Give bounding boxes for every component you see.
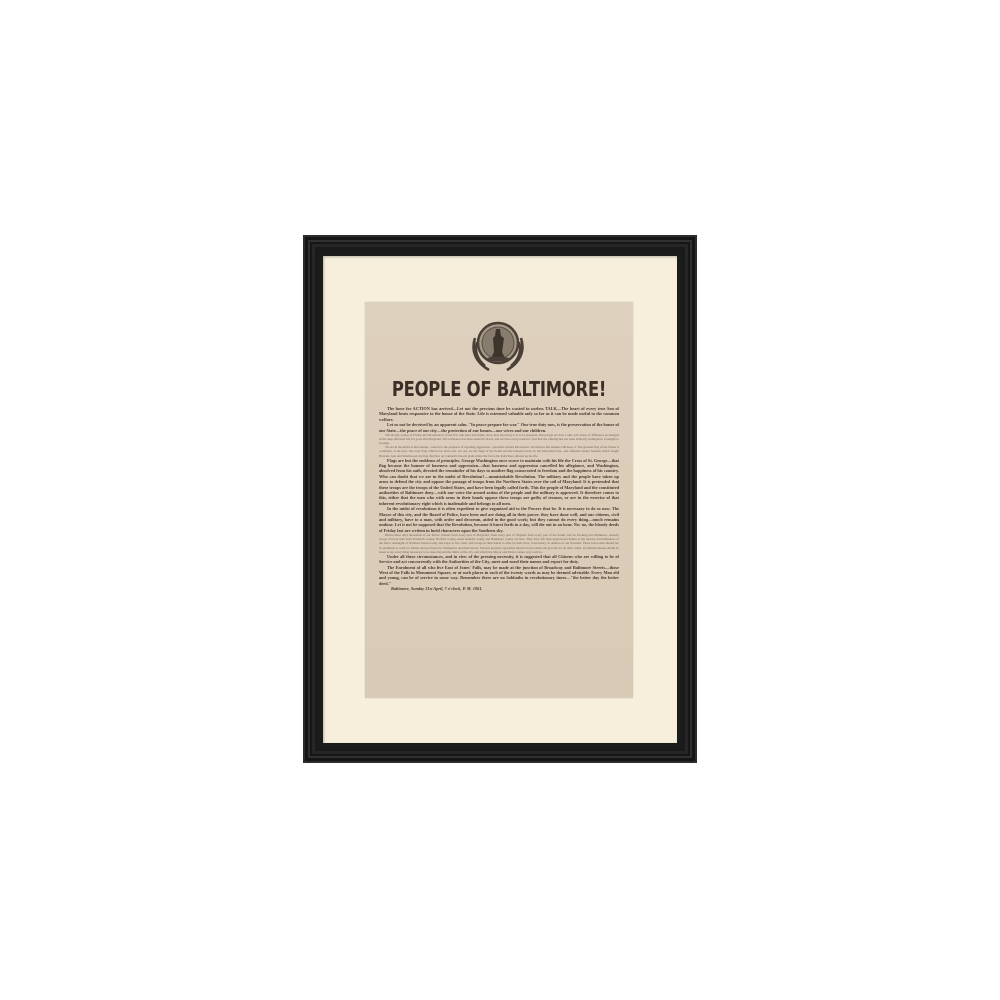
paragraph-small: We are in the midst of Revolution—union … — [379, 445, 619, 457]
paragraph: Let us not be deceived by an apparent ca… — [379, 422, 619, 433]
signature-line: Baltimore, Sunday 21st April, 7 o'clock,… — [379, 586, 619, 591]
paragraph: In the midst of revolutions it is often … — [379, 506, 619, 533]
paragraph: Flags are but the emblems of principles.… — [379, 458, 619, 507]
paragraph-small: The bloody scenes of Friday and the mass… — [379, 433, 619, 445]
paragraph: The hour for ACTION has arrived—Let not … — [379, 406, 619, 422]
paragraph-small: Before three days thousands of our fello… — [379, 533, 619, 553]
broadside-document: PEOPLE OF BALTIMORE! The hour for ACTION… — [365, 302, 633, 698]
maryland-seal-emblem-icon — [465, 316, 531, 374]
paragraph: Under all these circumstances, and in vi… — [379, 554, 619, 565]
document-body: The hour for ACTION has arrived—Let not … — [379, 406, 619, 592]
paragraph: The Enrolment of all who live East of Jo… — [379, 565, 619, 587]
document-title: PEOPLE OF BALTIMORE! — [389, 377, 609, 401]
